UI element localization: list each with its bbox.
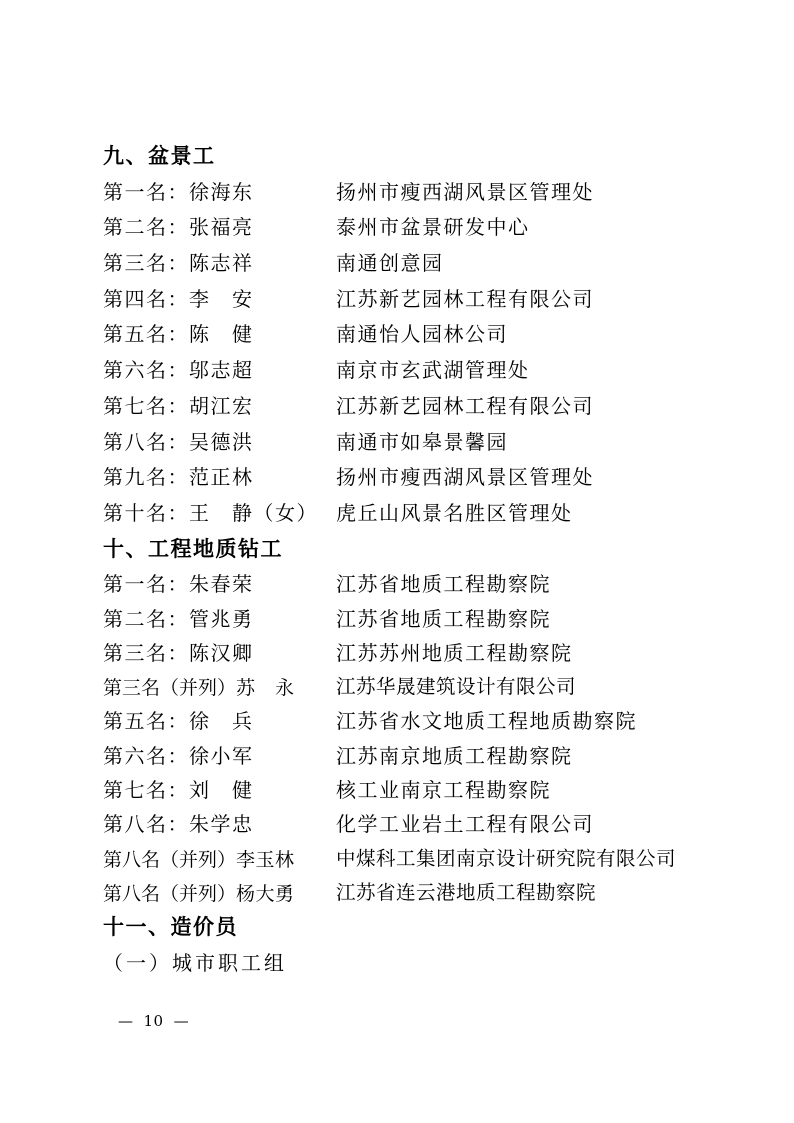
ranking-list: 第一名：徐海东扬州市瘦西湖风景区管理处第二名：张福亮泰州市盆景研发中心第三名：陈… — [103, 175, 763, 532]
winner-name: 胡江宏 — [189, 394, 254, 418]
rank-label: 第八名： — [103, 430, 189, 454]
winner-name: 李玉林 — [236, 849, 295, 871]
winner-name: 邬志超 — [189, 358, 254, 382]
rank-label: 第七名： — [103, 778, 189, 802]
ranking-row: 第五名：徐 兵江苏省水文地质工程地质勘察院 — [103, 704, 763, 738]
winner-name: 陈志祥 — [189, 251, 254, 275]
rank-label: 第八名（并列） — [103, 883, 236, 905]
ranking-row: 第四名：李 安江苏新艺园林工程有限公司 — [103, 282, 763, 318]
ranking-row: 第九名：范正林扬州市瘦西湖风景区管理处 — [103, 460, 763, 496]
ranking-row: 第二名：张福亮泰州市盆景研发中心 — [103, 210, 763, 246]
ranking-row: 第七名：胡江宏江苏新艺园林工程有限公司 — [103, 389, 763, 425]
rank-label: 第三名（并列） — [103, 677, 236, 699]
organization: 扬州市瘦西湖风景区管理处 — [336, 460, 763, 496]
organization: 南通创意园 — [336, 246, 763, 282]
winner-name: 陈 健 — [189, 322, 254, 346]
rank-and-name: 第二名：管兆勇 — [103, 602, 336, 636]
section-heading: 九、盆景工 — [103, 139, 763, 175]
ranking-row: 第五名：陈 健南通怡人园林公司 — [103, 317, 763, 353]
organization: 江苏苏州地质工程勘察院 — [336, 636, 763, 670]
section-geology-driller: 十、工程地质钻工 第一名：朱春荣江苏省地质工程勘察院第二名：管兆勇江苏省地质工程… — [103, 532, 763, 911]
page-content: 九、盆景工 第一名：徐海东扬州市瘦西湖风景区管理处第二名：张福亮泰州市盆景研发中… — [103, 139, 763, 980]
section-cost-estimator: 十一、造价员 （一）城市职工组 — [103, 910, 763, 980]
organization: 江苏新艺园林工程有限公司 — [336, 282, 763, 318]
ranking-row: 第六名：邬志超南京市玄武湖管理处 — [103, 353, 763, 389]
organization: 南通市如皋景馨园 — [336, 425, 763, 461]
rank-label: 第四名： — [103, 287, 189, 311]
ranking-row: 第二名：管兆勇江苏省地质工程勘察院 — [103, 602, 763, 636]
document-page: 九、盆景工 第一名：徐海东扬州市瘦西湖风景区管理处第二名：张福亮泰州市盆景研发中… — [0, 0, 794, 1123]
rank-label: 第一名： — [103, 180, 189, 204]
rank-and-name: 第六名：徐小军 — [103, 739, 336, 773]
ranking-row: 第一名：徐海东扬州市瘦西湖风景区管理处 — [103, 175, 763, 211]
rank-label: 第八名： — [103, 812, 189, 836]
rank-and-name: 第八名（并列）杨大勇 — [103, 876, 336, 910]
rank-and-name: 第八名：朱学忠 — [103, 807, 336, 841]
page-footer: — 10 — — [118, 1010, 189, 1032]
organization: 核工业南京工程勘察院 — [336, 773, 763, 807]
winner-name: 朱学忠 — [189, 812, 254, 836]
winner-name: 徐小军 — [189, 744, 254, 768]
rank-and-name: 第七名：胡江宏 — [103, 389, 336, 425]
section-bonsai-worker: 九、盆景工 第一名：徐海东扬州市瘦西湖风景区管理处第二名：张福亮泰州市盆景研发中… — [103, 139, 763, 532]
rank-label: 第六名： — [103, 744, 189, 768]
winner-name: 王 静（女） — [189, 501, 318, 525]
winner-name: 陈汉卿 — [189, 641, 254, 665]
ranking-row: 第三名：陈志祥南通创意园 — [103, 246, 763, 282]
rank-label: 第七名： — [103, 394, 189, 418]
organization: 江苏新艺园林工程有限公司 — [336, 389, 763, 425]
ranking-row: 第八名：吴德洪南通市如皋景馨园 — [103, 425, 763, 461]
winner-name: 管兆勇 — [189, 607, 254, 631]
winner-name: 杨大勇 — [236, 883, 295, 905]
rank-and-name: 第八名：吴德洪 — [103, 425, 336, 461]
organization: 泰州市盆景研发中心 — [336, 210, 763, 246]
rank-and-name: 第四名：李 安 — [103, 282, 336, 318]
rank-and-name: 第七名：刘 健 — [103, 773, 336, 807]
rank-and-name: 第一名：朱春荣 — [103, 567, 336, 601]
rank-label: 第九名： — [103, 465, 189, 489]
ranking-row: 第三名（并列）苏 永江苏华晟建筑设计有限公司 — [103, 670, 763, 704]
rank-label: 第十名： — [103, 501, 189, 525]
ranking-row: 第八名（并列）李玉林中煤科工集团南京设计研究院有限公司 — [103, 842, 763, 876]
ranking-row: 第六名：徐小军江苏南京地质工程勘察院 — [103, 739, 763, 773]
organization: 南京市玄武湖管理处 — [336, 353, 763, 389]
rank-label: 第二名： — [103, 607, 189, 631]
organization: 江苏省水文地质工程地质勘察院 — [336, 704, 763, 738]
rank-and-name: 第八名（并列）李玉林 — [103, 842, 336, 876]
winner-name: 范正林 — [189, 465, 254, 489]
rank-label: 第五名： — [103, 322, 189, 346]
rank-label: 第一名： — [103, 572, 189, 596]
rank-and-name: 第三名：陈汉卿 — [103, 636, 336, 670]
ranking-list: 第一名：朱春荣江苏省地质工程勘察院第二名：管兆勇江苏省地质工程勘察院第三名：陈汉… — [103, 567, 763, 910]
rank-and-name: 第六名：邬志超 — [103, 353, 336, 389]
rank-label: 第六名： — [103, 358, 189, 382]
organization: 江苏省连云港地质工程勘察院 — [336, 876, 763, 910]
section-heading: 十一、造价员 — [103, 910, 763, 946]
winner-name: 刘 健 — [189, 778, 254, 802]
rank-label: 第八名（并列） — [103, 849, 236, 871]
ranking-row: 第八名（并列）杨大勇江苏省连云港地质工程勘察院 — [103, 876, 763, 910]
page-number: 10 — [144, 1012, 164, 1030]
ranking-row: 第一名：朱春荣江苏省地质工程勘察院 — [103, 567, 763, 601]
organization: 江苏华晟建筑设计有限公司 — [336, 670, 763, 704]
ranking-row: 第三名：陈汉卿江苏苏州地质工程勘察院 — [103, 636, 763, 670]
ranking-row: 第十名：王 静（女）虎丘山风景名胜区管理处 — [103, 496, 763, 532]
footer-left-dash: — — [118, 1012, 134, 1030]
winner-name: 徐海东 — [189, 180, 254, 204]
section-heading: 十、工程地质钻工 — [103, 532, 763, 568]
ranking-row: 第七名：刘 健核工业南京工程勘察院 — [103, 773, 763, 807]
organization: 江苏南京地质工程勘察院 — [336, 739, 763, 773]
rank-and-name: 第一名：徐海东 — [103, 175, 336, 211]
winner-name: 徐 兵 — [189, 709, 254, 733]
winner-name: 李 安 — [189, 287, 254, 311]
organization: 江苏省地质工程勘察院 — [336, 602, 763, 636]
organization: 南通怡人园林公司 — [336, 317, 763, 353]
group-subheading: （一）城市职工组 — [103, 946, 763, 980]
organization: 江苏省地质工程勘察院 — [336, 567, 763, 601]
winner-name: 张福亮 — [189, 215, 254, 239]
organization: 中煤科工集团南京设计研究院有限公司 — [336, 842, 763, 876]
organization: 化学工业岩土工程有限公司 — [336, 807, 763, 841]
organization: 虎丘山风景名胜区管理处 — [336, 496, 763, 532]
rank-and-name: 第二名：张福亮 — [103, 210, 336, 246]
rank-and-name: 第五名：陈 健 — [103, 317, 336, 353]
winner-name: 朱春荣 — [189, 572, 254, 596]
rank-label: 第二名： — [103, 215, 189, 239]
rank-label: 第三名： — [103, 641, 189, 665]
winner-name: 吴德洪 — [189, 430, 254, 454]
rank-and-name: 第十名：王 静（女） — [103, 496, 336, 532]
ranking-row: 第八名：朱学忠化学工业岩土工程有限公司 — [103, 807, 763, 841]
rank-and-name: 第三名（并列）苏 永 — [103, 670, 336, 704]
rank-and-name: 第三名：陈志祥 — [103, 246, 336, 282]
rank-label: 第三名： — [103, 251, 189, 275]
rank-label: 第五名： — [103, 709, 189, 733]
footer-right-dash: — — [174, 1012, 190, 1030]
rank-and-name: 第五名：徐 兵 — [103, 704, 336, 738]
rank-and-name: 第九名：范正林 — [103, 460, 336, 496]
winner-name: 苏 永 — [236, 677, 295, 699]
organization: 扬州市瘦西湖风景区管理处 — [336, 175, 763, 211]
